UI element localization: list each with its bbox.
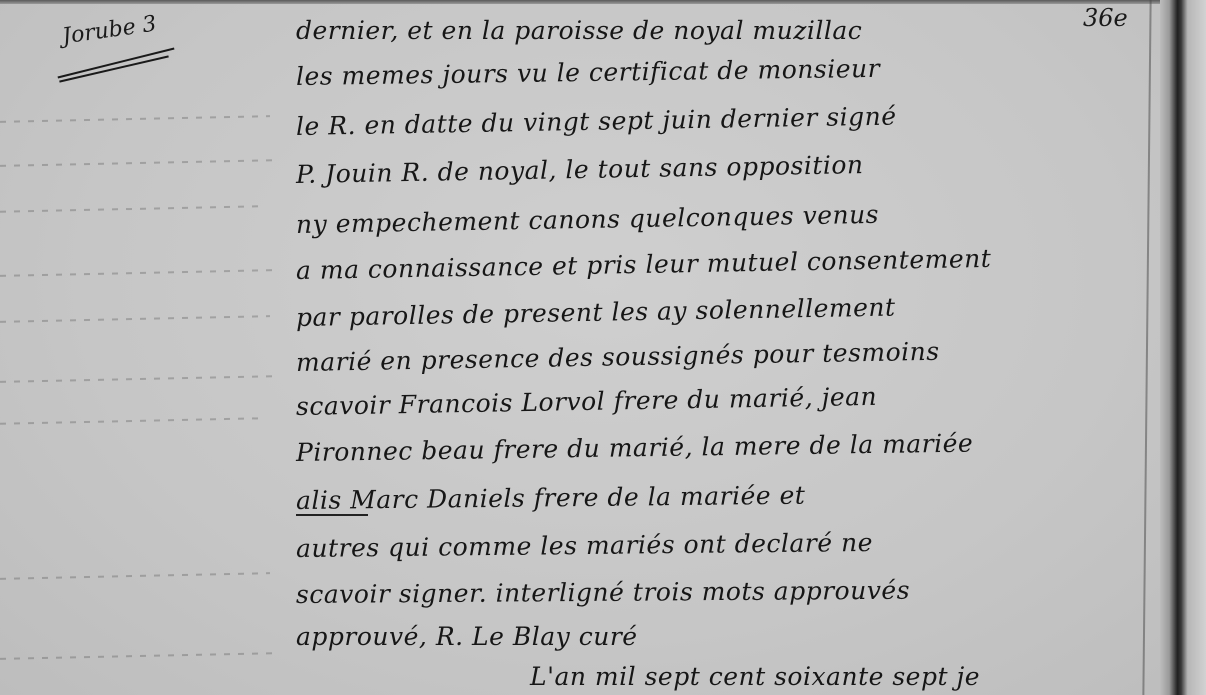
text-line: ny empechement canons quelconques venus bbox=[296, 200, 879, 239]
text-line: autres qui comme les mariés ont declaré … bbox=[296, 528, 873, 563]
bleed-through-mark bbox=[0, 159, 280, 167]
bleed-through-mark bbox=[0, 269, 275, 277]
page-number: 36e bbox=[1083, 4, 1128, 32]
bleed-through-mark bbox=[0, 572, 270, 580]
text-line: Pironnec beau frere du marié, la mere de… bbox=[296, 429, 974, 467]
text-line: les memes jours vu le certificat de mons… bbox=[296, 54, 880, 91]
register-page: Jorube 3 36e dernier, et en la paroisse … bbox=[0, 0, 1206, 695]
margin-note-underline bbox=[59, 55, 169, 82]
text-line: dernier, et en la paroisse de noyal muzi… bbox=[296, 16, 862, 45]
bleed-through-mark bbox=[0, 205, 260, 212]
struck-word-underline bbox=[296, 514, 368, 516]
text-line: par parolles de present les ay solennell… bbox=[296, 293, 896, 332]
text-line: scavoir Francois Lorvol frere du marié, … bbox=[296, 382, 878, 421]
bleed-through-mark bbox=[0, 652, 280, 660]
margin-note-underline bbox=[58, 48, 175, 79]
text-line: a ma connaissance et pris leur mutuel co… bbox=[296, 244, 992, 285]
text-line: marié en presence des soussignés pour te… bbox=[296, 337, 940, 377]
binding-edge bbox=[1160, 0, 1206, 695]
text-line: alis Marc Daniels frere de la mariée et bbox=[296, 481, 806, 515]
text-line: P. Jouin R. de noyal, le tout sans oppos… bbox=[296, 150, 864, 189]
page-fold-line bbox=[1142, 0, 1151, 695]
bleed-through-mark bbox=[0, 375, 280, 383]
text-line: le R. en datte du vingt sept juin dernie… bbox=[296, 102, 897, 141]
bleed-through-mark bbox=[0, 115, 270, 123]
bleed-through-mark bbox=[0, 417, 265, 425]
bleed-through-mark bbox=[0, 315, 270, 323]
text-line: scavoir signer. interligné trois mots ap… bbox=[296, 576, 910, 609]
margin-note: Jorube 3 bbox=[61, 12, 158, 50]
page-top-edge bbox=[0, 0, 1206, 4]
text-line: L'an mil sept cent soixante sept je bbox=[530, 662, 980, 691]
signature-line: approuvé, R. Le Blay curé bbox=[296, 622, 638, 651]
